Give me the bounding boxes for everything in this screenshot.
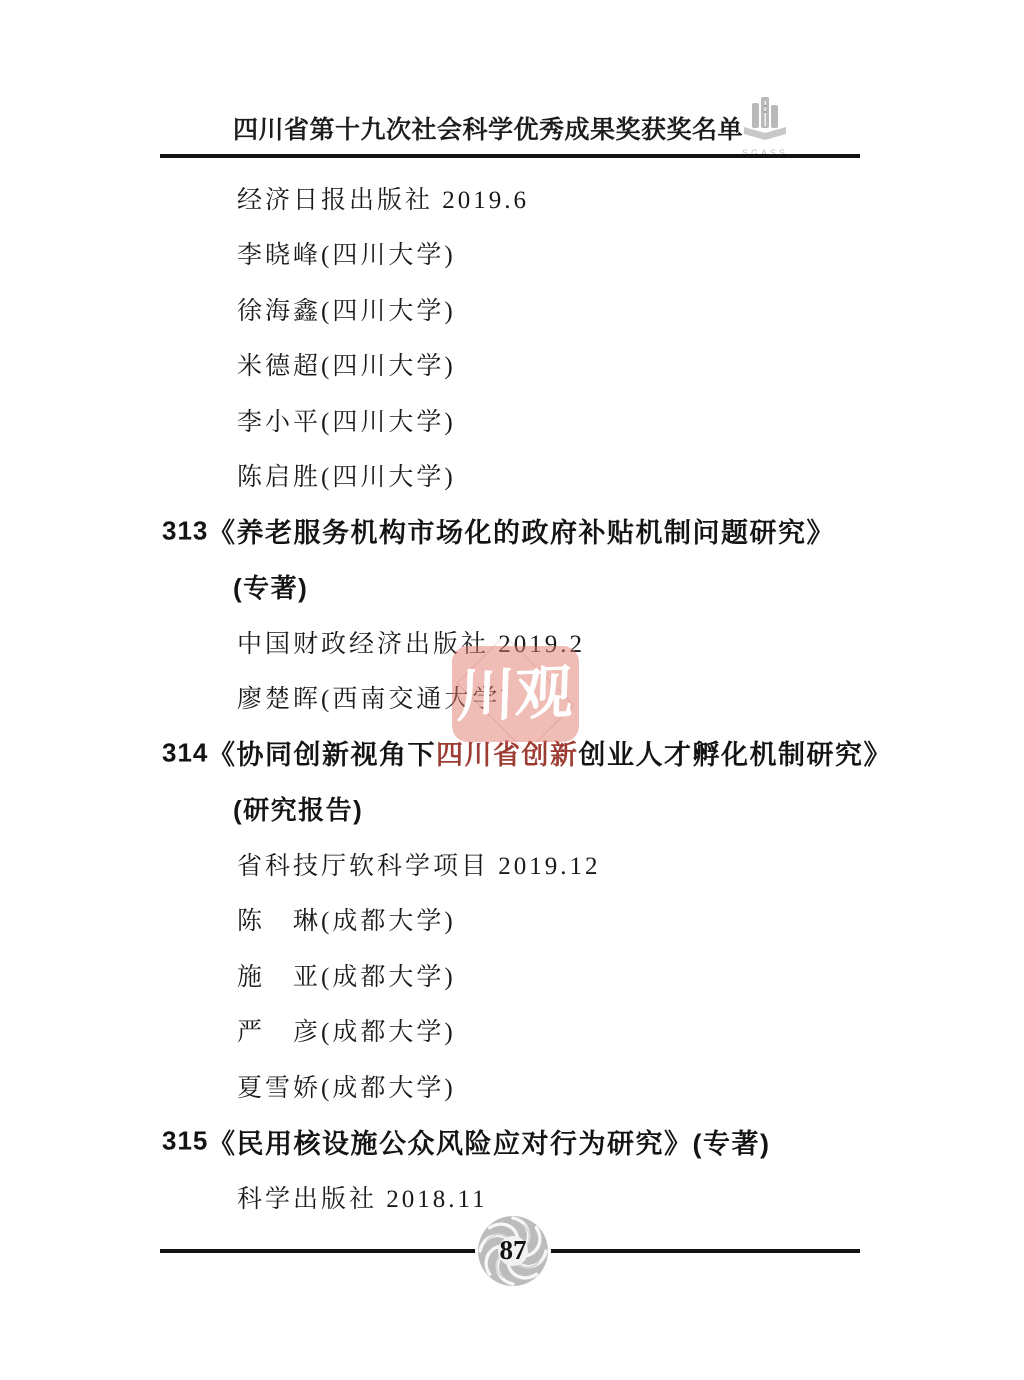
author-line: 米德超(四川大学) <box>0 337 1024 393</box>
publisher-line: 省科技厅软科学项目 2019.12 <box>0 836 1024 892</box>
awards-list: 经济日报出版社 2019.6 李晓峰(四川大学) 徐海鑫(四川大学) 米德超(四… <box>0 170 1024 1225</box>
author-text: 严 彦(成都大学) <box>237 1012 456 1048</box>
author-text: 施 亚(成都大学) <box>237 957 456 993</box>
author-text: 李小平(四川大学) <box>237 402 456 438</box>
document-page: 四川省第十九次社会科学优秀成果奖获奖名单 SGASS 经济日报出版社 2019.… <box>0 0 1024 1380</box>
author-line: 严 彦(成都大学) <box>0 1003 1024 1059</box>
author-line: 李晓峰(四川大学) <box>0 226 1024 282</box>
entry-title: 《民用核设施公众风险应对行为研究》(专著) <box>208 1122 770 1161</box>
entry-category: (研究报告) <box>233 790 363 827</box>
author-text: 陈启胜(四川大学) <box>237 457 456 493</box>
author-text: 廖楚晖(西南交通大学) <box>237 679 512 715</box>
author-line: 夏雪娇(成都大学) <box>0 1058 1024 1114</box>
entry-number: 315 <box>162 1126 208 1157</box>
sgass-buildings-book-icon <box>739 96 791 142</box>
author-line: 廖楚晖(西南交通大学) <box>0 670 1024 726</box>
author-text: 徐海鑫(四川大学) <box>237 291 456 327</box>
author-line: 陈 琳(成都大学) <box>0 892 1024 948</box>
author-text: 陈 琳(成都大学) <box>237 901 456 937</box>
author-line: 陈启胜(四川大学) <box>0 448 1024 504</box>
entry-line-315: 315 《民用核设施公众风险应对行为研究》(专著) <box>0 1114 1024 1170</box>
author-line: 李小平(四川大学) <box>0 392 1024 448</box>
sgass-logo: SGASS <box>733 96 797 158</box>
page-number-medallion: 87 <box>474 1212 552 1290</box>
entry-category-line: (专著) <box>0 559 1024 615</box>
author-text: 夏雪娇(成都大学) <box>237 1068 456 1104</box>
page-header-title: 四川省第十九次社会科学优秀成果奖获奖名单 <box>233 110 743 146</box>
entry-title-part: 《协同创新视角下 <box>208 733 436 772</box>
entry-line-313: 313 《养老服务机构市场化的政府补贴机制问题研究》 <box>0 503 1024 559</box>
entry-title-watermark-tinted: 四川省创新 <box>436 733 579 772</box>
entry-title-part: 创业人才孵化机制研究》 <box>579 733 893 772</box>
entry-category-line: (研究报告) <box>0 781 1024 837</box>
entry-line-314: 314 《协同创新视角下四川省创新创业人才孵化机制研究》 <box>0 725 1024 781</box>
author-line: 施 亚(成都大学) <box>0 947 1024 1003</box>
publisher-text: 经济日报出版社 2019.6 <box>237 180 529 216</box>
entry-category: (专著) <box>233 568 308 605</box>
author-text: 李晓峰(四川大学) <box>237 235 456 271</box>
entry-number: 314 <box>162 737 208 768</box>
publisher-text: 科学出版社 2018.11 <box>237 1179 488 1215</box>
publisher-line: 中国财政经济出版社 2019.2 <box>0 614 1024 670</box>
author-line: 徐海鑫(四川大学) <box>0 281 1024 337</box>
publisher-line: 经济日报出版社 2019.6 <box>0 170 1024 226</box>
publisher-text: 省科技厅软科学项目 2019.12 <box>237 846 601 882</box>
author-text: 米德超(四川大学) <box>237 346 456 382</box>
entry-title: 《养老服务机构市场化的政府补贴机制问题研究》 <box>208 511 835 550</box>
header-divider <box>160 154 860 158</box>
publisher-text: 中国财政经济出版社 2019.2 <box>237 624 585 660</box>
entry-number: 313 <box>162 515 208 546</box>
page-number: 87 <box>474 1235 552 1266</box>
